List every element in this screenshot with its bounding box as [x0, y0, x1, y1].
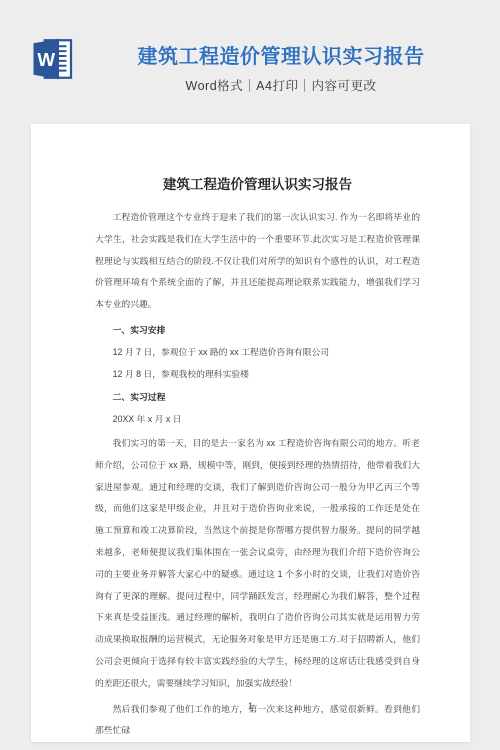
date-line: 20XX 年 x 月 x 日: [95, 409, 420, 431]
section-heading-2: 二、实习过程: [95, 387, 420, 409]
template-subtitle: Word格式｜A4打印｜内容可更改: [62, 76, 500, 94]
template-title: 建筑工程造价管理认识实习报告: [62, 44, 500, 70]
document-page: 建筑工程造价管理认识实习报告 工程造价管理这个专业终于迎来了我们的第一次认识实习…: [31, 124, 470, 742]
date-line: 12 月 7 日，参观位于 xx 路的 xx 工程造价咨询有限公司: [95, 342, 420, 364]
word-icon-letter: W: [37, 49, 55, 70]
date-line: 12 月 8 日，参观我校的理科实验楼: [95, 364, 420, 386]
page-root: W 建筑工程造价管理认识实习报告 Word格式｜A4打印｜内容可更改 建筑工程造…: [0, 0, 500, 750]
document-paragraph: 工程造价管理这个专业终于迎来了我们的第一次认识实习. 作为一名即将毕业的大学生，…: [95, 207, 420, 316]
template-header: W 建筑工程造价管理认识实习报告 Word格式｜A4打印｜内容可更改: [0, 0, 500, 124]
section-heading-1: 一、实习安排: [95, 320, 420, 342]
header-text-block: 建筑工程造价管理认识实习报告 Word格式｜A4打印｜内容可更改: [62, 44, 500, 94]
document-paragraph: 我们实习的第一天，目的是去一家名为 xx 工程造价咨询有限公司的地方。听老师介绍…: [95, 433, 420, 695]
page-number: 1: [31, 701, 470, 712]
document-title: 建筑工程造价管理认识实习报告: [95, 174, 420, 196]
